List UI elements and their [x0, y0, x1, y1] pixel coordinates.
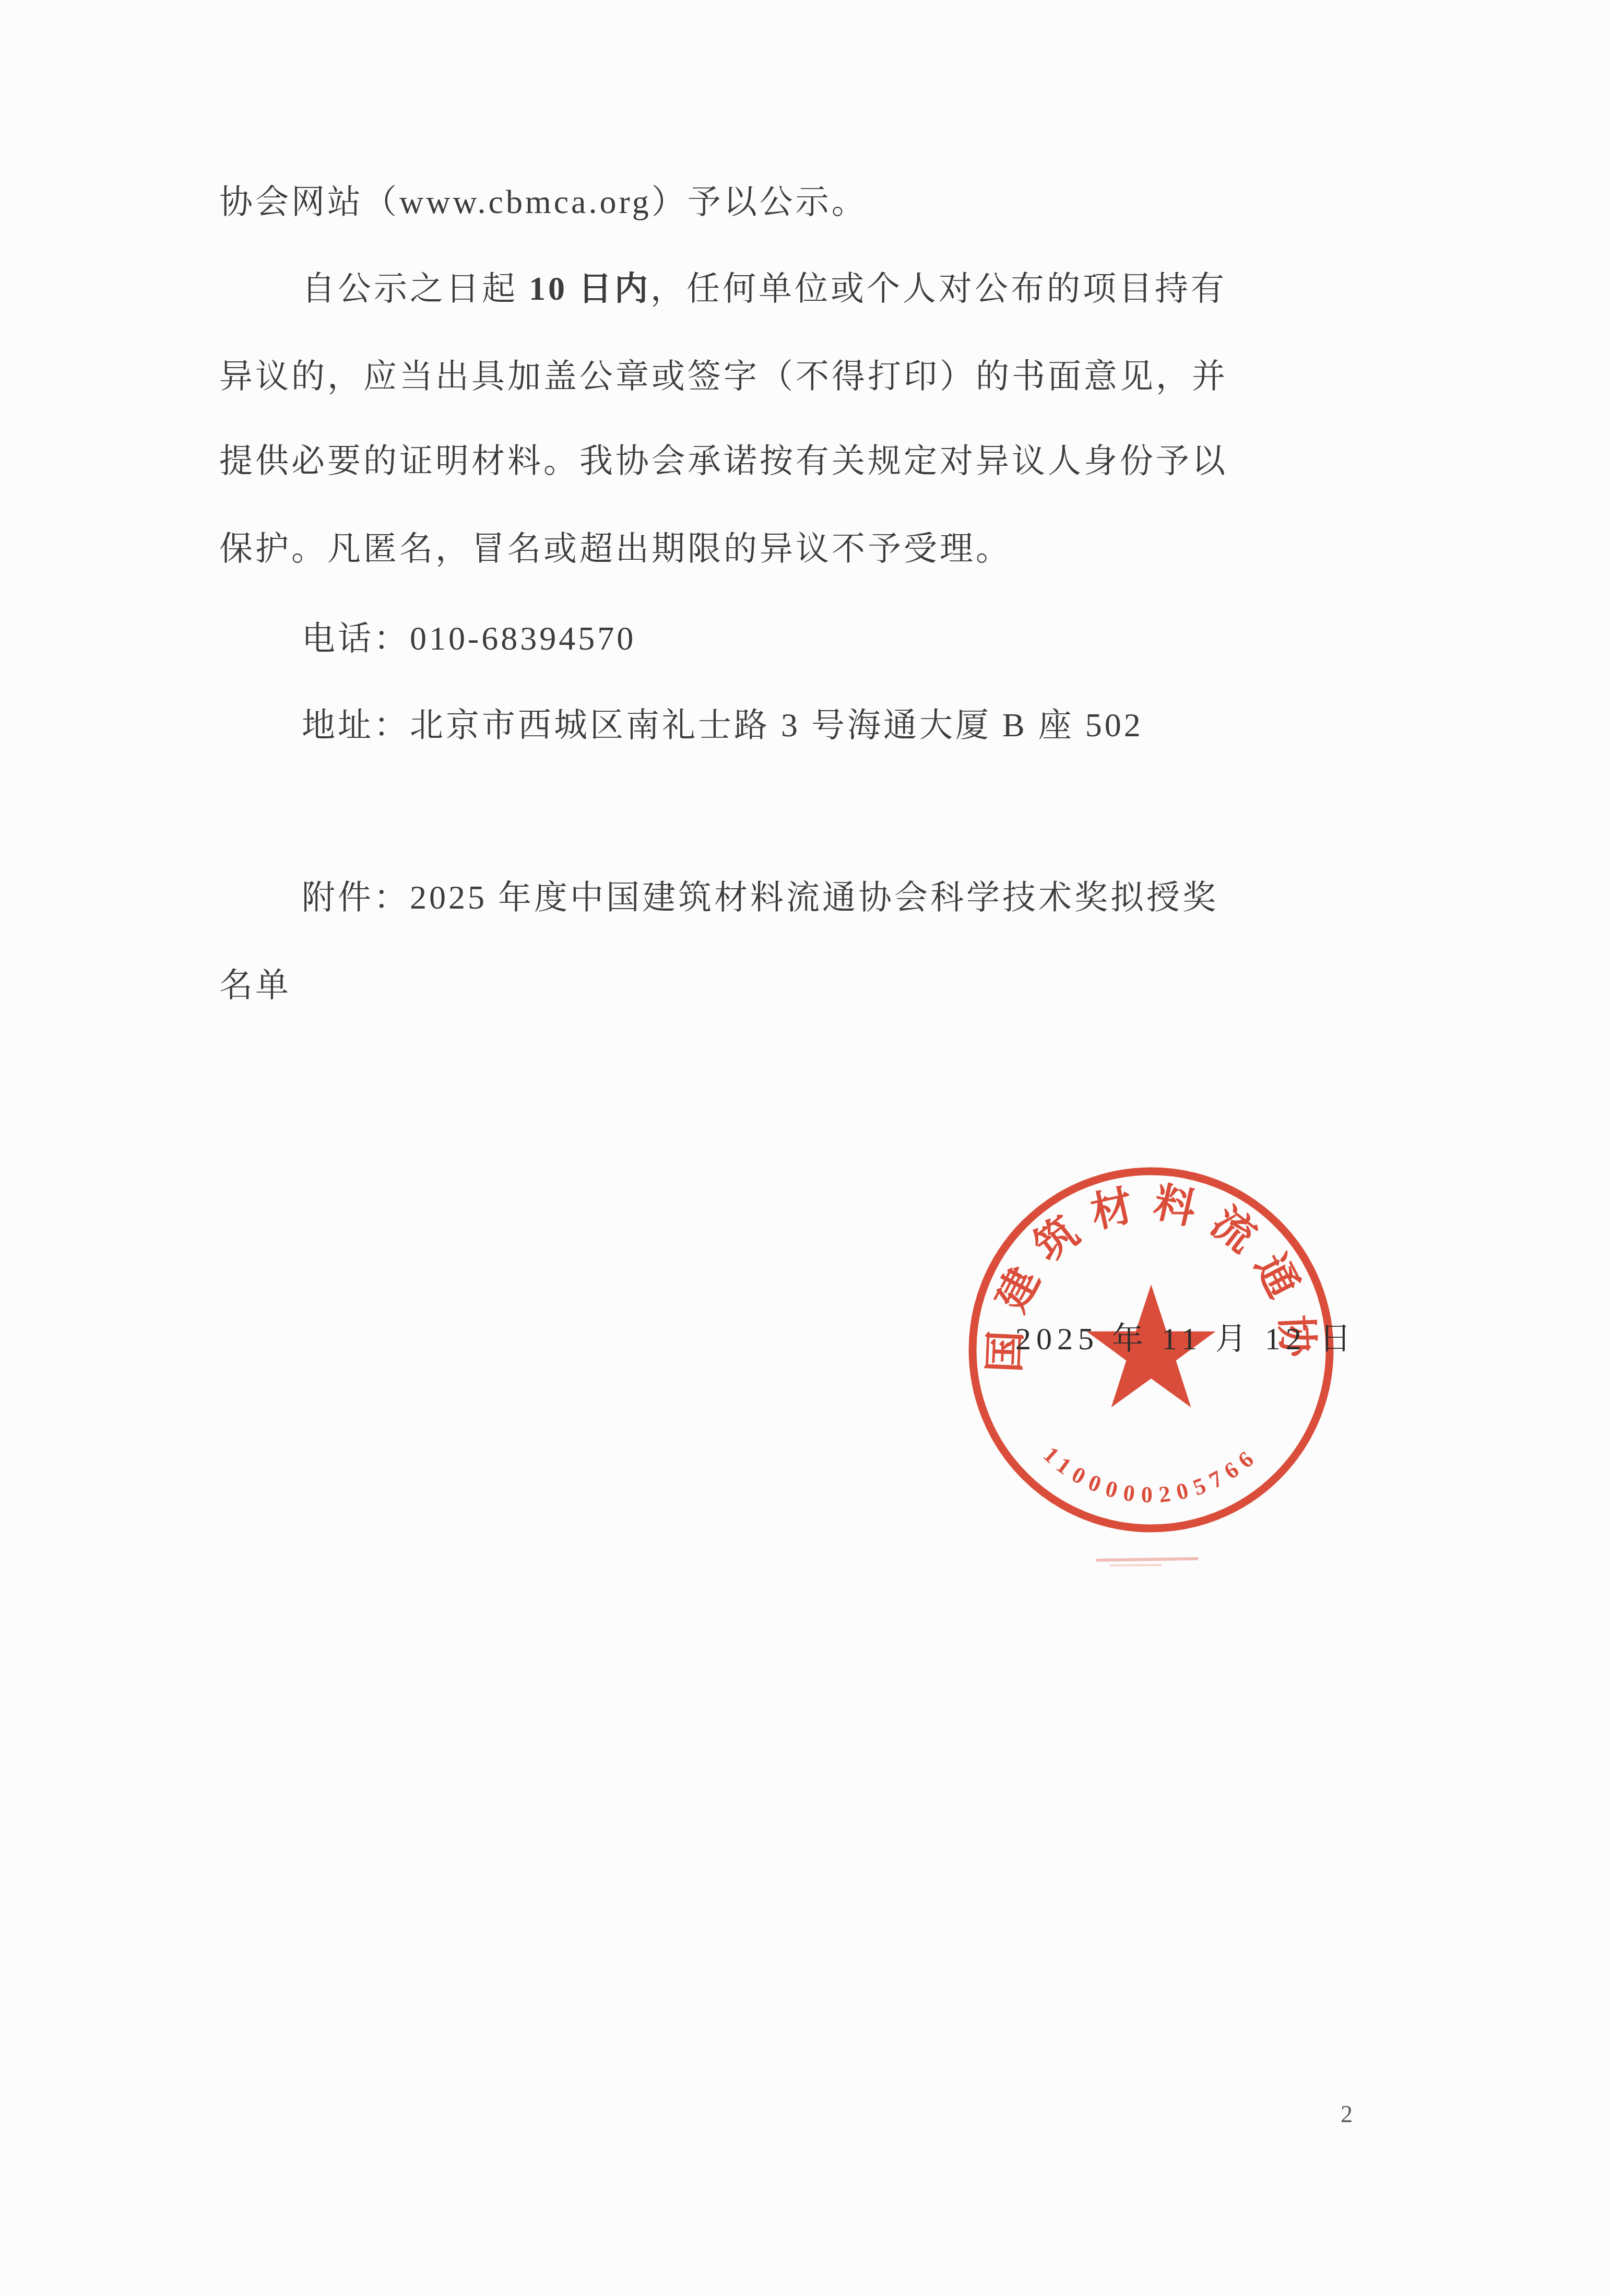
body-line-phone: 电话：010-68394570: [302, 620, 636, 657]
body-line-attachment-2: 名单: [219, 967, 291, 1004]
seal-ink-smudge-2: [1109, 1565, 1162, 1565]
seal-ink-smudge: [1096, 1559, 1198, 1560]
body-line-objection-4: 保护。凡匿名，冒名或超出期限的异议不予受理。: [219, 531, 1012, 567]
body-line-objection-3: 提供必要的证明材料。我协会承诺按有关规定对异议人身份予以: [219, 443, 1228, 479]
official-seal: 中国建筑材料流通协会 1100000205766: [953, 1151, 1349, 1569]
objection-lead-text: 自公示之日起: [302, 270, 529, 307]
page-number: 2: [1341, 2100, 1353, 2128]
document-page: 协会网站（www.cbmca.org）予以公示。 自公示之日起 10 日内，任何…: [0, 0, 1610, 2296]
seal-serial-arc: 1100000205766: [1038, 1442, 1264, 1508]
objection-deadline-text: 10 日内: [529, 270, 650, 307]
body-line-objection-1: 自公示之日起 10 日内，任何单位或个人对公布的项目持有: [302, 270, 1227, 307]
body-line-objection-2: 异议的，应当出具加盖公章或签字（不得打印）的书面意见，并: [219, 358, 1228, 395]
objection-tail-text: ，任何单位或个人对公布的项目持有: [650, 270, 1227, 307]
body-line-address: 地址：北京市西城区南礼士路 3 号海通大厦 B 座 502: [302, 707, 1143, 744]
body-line-website: 协会网站（www.cbmca.org）予以公示。: [219, 184, 868, 220]
issue-date: 2025 年 11 月 12 日: [1015, 1314, 1356, 1359]
body-line-attachment-1: 附件：2025 年度中国建筑材料流通协会科学技术奖拟授奖: [302, 879, 1218, 916]
seal-serial-number: 1100000205766: [1038, 1442, 1264, 1508]
